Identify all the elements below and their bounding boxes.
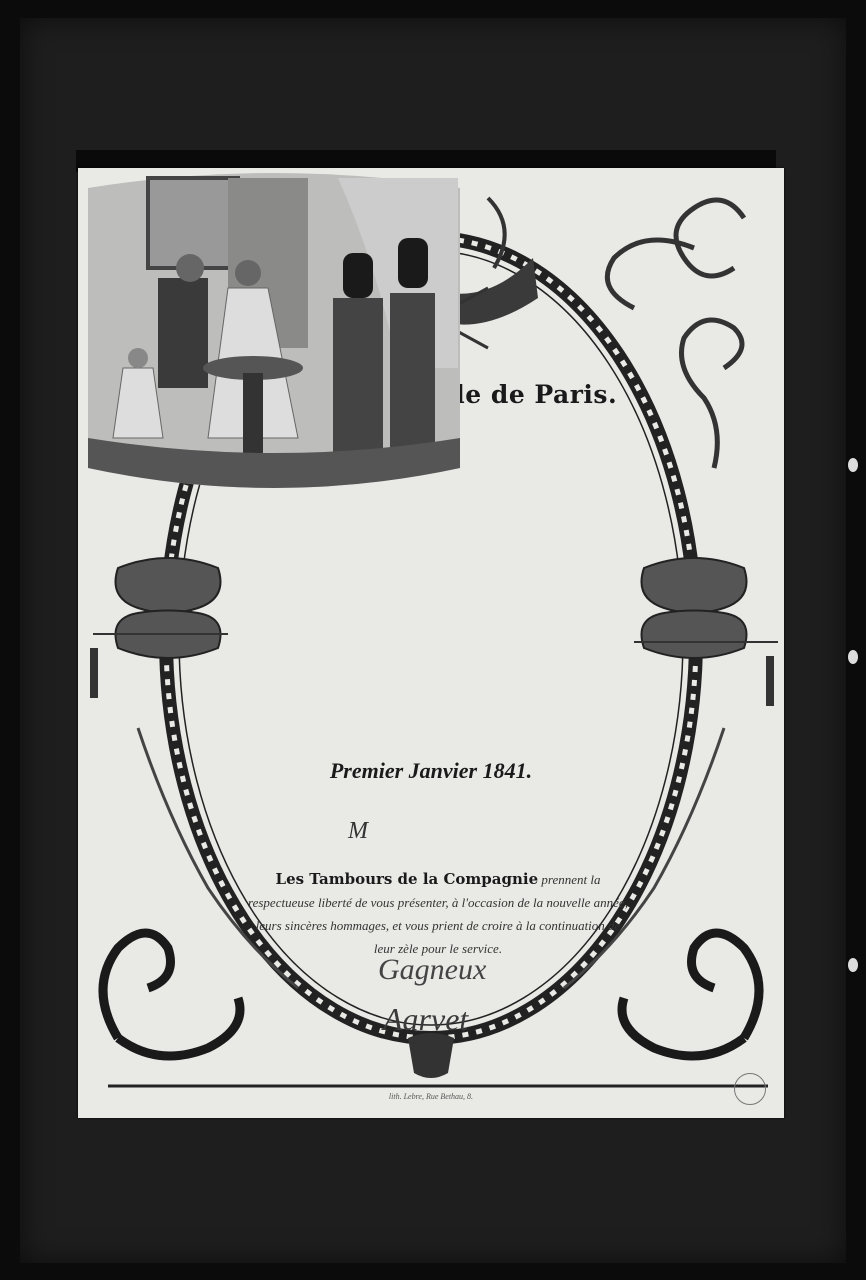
certificate-sheet: Garde Nationale de Paris. Premier Janvie… [78, 168, 784, 1118]
tassel-left-icon [90, 648, 98, 698]
message-lead: Les Tambours de la Compagnie [276, 870, 539, 888]
speck [848, 650, 858, 664]
signature-1: Gagneux [378, 953, 486, 987]
salutation: M [348, 818, 368, 845]
speck [848, 458, 858, 472]
mask-ornament-icon [408, 1033, 454, 1078]
illustration-parlor-scene [78, 168, 470, 498]
tassel-right-icon [766, 656, 774, 706]
signature-2: Aarvet [383, 1001, 468, 1038]
message-body: Les Tambours de la Compagnie prennent la… [248, 868, 628, 960]
shell-cartouche-left-icon [116, 558, 221, 658]
date-line: Premier Janvier 1841. [78, 758, 784, 784]
speck [848, 958, 858, 972]
printer-imprint: lith. Lebre, Rue Bethau, 8. [78, 1092, 784, 1101]
library-stamp-icon [734, 1073, 766, 1105]
